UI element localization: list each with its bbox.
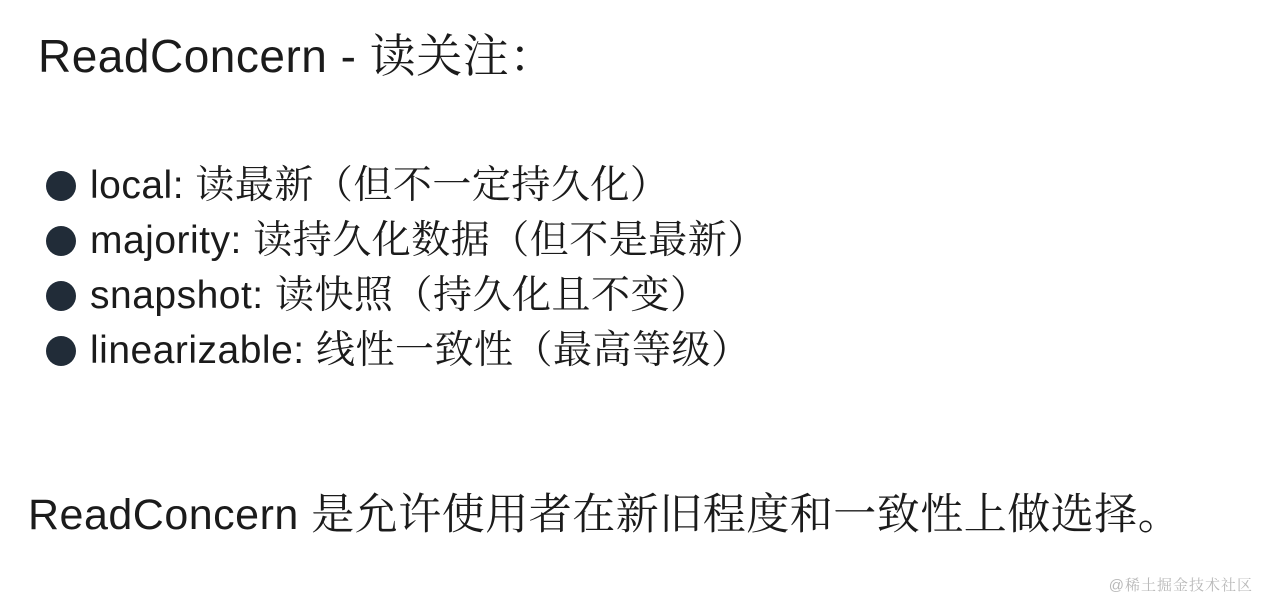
bullet-icon: [46, 226, 76, 256]
list-item: local: 读最新（但不一定持久化）: [46, 158, 767, 213]
bullet-text: majority: 读持久化数据（但不是最新）: [90, 213, 767, 268]
bullet-icon: [46, 171, 76, 201]
list-item: snapshot: 读快照（持久化且不变）: [46, 268, 767, 323]
page-title: ReadConcern - 读关注：: [38, 26, 556, 86]
list-item: linearizable: 线性一致性（最高等级）: [46, 323, 767, 378]
bullet-icon: [46, 336, 76, 366]
bullet-text: local: 读最新（但不一定持久化）: [90, 158, 669, 213]
bullet-icon: [46, 281, 76, 311]
bullet-text: snapshot: 读快照（持久化且不变）: [90, 268, 709, 323]
list-item: majority: 读持久化数据（但不是最新）: [46, 213, 767, 268]
bullet-text: linearizable: 线性一致性（最高等级）: [90, 323, 750, 378]
slide: ReadConcern - 读关注： local: 读最新（但不一定持久化） m…: [0, 0, 1269, 610]
summary-text: ReadConcern 是允许使用者在新旧程度和一致性上做选择。: [28, 486, 1181, 544]
bullet-list: local: 读最新（但不一定持久化） majority: 读持久化数据（但不是…: [46, 158, 767, 378]
watermark: @稀土掘金技术社区: [1109, 574, 1253, 595]
